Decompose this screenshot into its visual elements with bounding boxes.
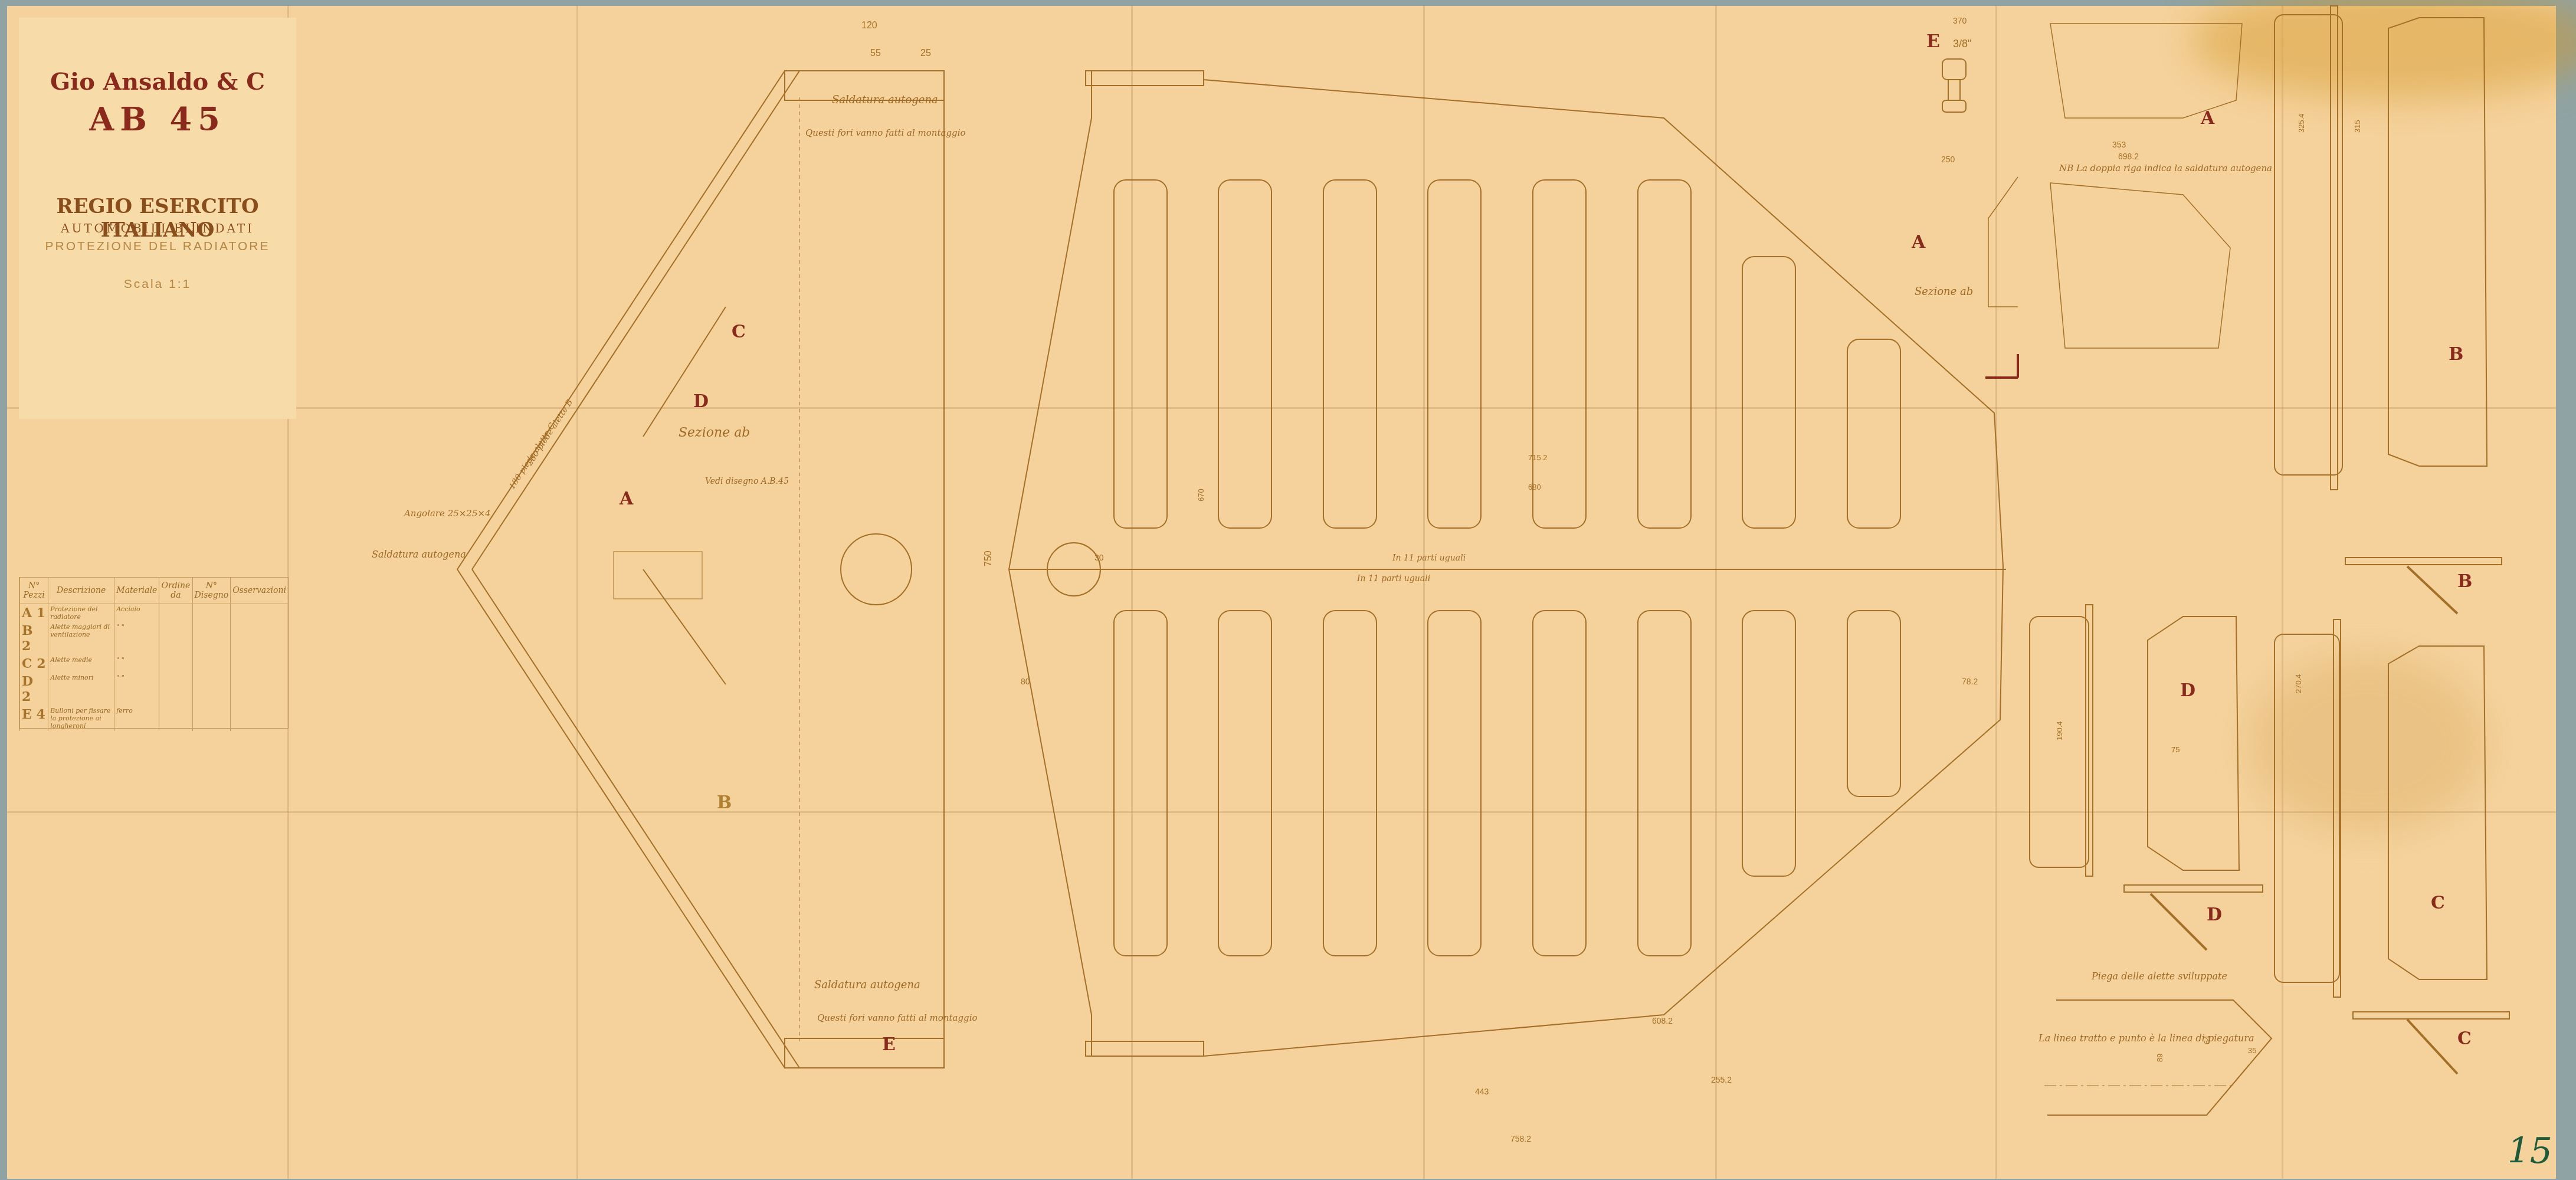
dim-270-4: 270.4 <box>2294 674 2303 693</box>
label-fin-d-section: D <box>2207 904 2222 925</box>
bolt-e-detail <box>1942 59 1966 112</box>
dim-680: 680 <box>1528 483 1541 491</box>
fin-c-length-note: 180 piede alette C <box>507 421 558 491</box>
dim-353: 353 <box>2112 140 2126 149</box>
detail-plan-top <box>1985 24 2242 378</box>
parts-equal-note-2: In 11 parti uguali <box>1356 574 1430 584</box>
weld-note-bottom: Saldatura autogena <box>814 979 920 991</box>
label-fin-b: B <box>2449 344 2463 365</box>
label-part-d: D <box>693 391 709 412</box>
page-number: 15 <box>2508 1130 2552 1172</box>
dim-370: 370 <box>1953 16 1967 25</box>
dim-715-2: 715.2 <box>1528 453 1548 462</box>
bolt-size: 3/8" <box>1953 38 1971 50</box>
dim-443: 443 <box>1475 1087 1489 1096</box>
dim-80: 80 <box>1021 677 1030 686</box>
dim-750: 750 <box>984 550 994 566</box>
fold-line-note: La linea tratto e punto è la linea di pi… <box>2038 1032 2254 1044</box>
weld-note-top: Saldatura autogena <box>832 94 938 106</box>
weld-note-left: Saldatura autogena <box>372 549 466 560</box>
label-fin-b-section: B <box>2457 571 2472 592</box>
label-fin-c: C <box>2431 893 2445 913</box>
dim-670: 670 <box>1197 489 1205 501</box>
label-part-a-detail-2: A <box>1911 232 1926 253</box>
holes-note-bottom: Questi fori vanno fatti al montaggio <box>817 1012 978 1023</box>
label-part-a-detail: A <box>2200 108 2215 129</box>
section-label: Sezione ab <box>679 425 750 440</box>
label-part-c: C <box>732 322 746 342</box>
dim-35: 35 <box>2248 1046 2256 1055</box>
label-part-a: A <box>619 489 634 509</box>
dim-325-4: 325.4 <box>2297 113 2306 133</box>
radiator-guard-plan <box>1009 71 2006 1056</box>
dim-608-2: 608.2 <box>1652 1016 1673 1025</box>
dim-698-2: 698.2 <box>2118 152 2139 161</box>
dim-25: 25 <box>920 48 931 58</box>
dim-758-2: 758.2 <box>1510 1134 1531 1143</box>
dim-30: 30 <box>1094 553 1104 562</box>
label-part-b: B <box>717 792 732 813</box>
dim-89: 89 <box>2155 1054 2164 1062</box>
dim-120: 120 <box>861 21 877 31</box>
double-line-note: NB La doppia riga indica la saldatura au… <box>2059 163 2272 173</box>
dim-315: 315 <box>2353 120 2362 133</box>
section-label-detail: Sezione ab <box>1915 286 1973 298</box>
dim-75: 75 <box>2171 745 2180 754</box>
dim-78-2: 78.2 <box>1962 677 1978 686</box>
label-fin-c-section: C <box>2457 1028 2472 1049</box>
fins-developed-note: Piega delle alette sviluppate <box>2091 971 2227 982</box>
dim-64: 64 <box>2203 1036 2211 1044</box>
vent-slots-lower <box>1114 611 1900 956</box>
dim-55: 55 <box>870 48 881 58</box>
side-view-profile <box>457 71 944 1068</box>
label-fin-d: D <box>2180 680 2195 701</box>
dim-255-2: 255.2 <box>1711 1075 1732 1084</box>
label-bolt-e: E <box>1926 31 1940 52</box>
angle-note: Angolare 25×25×4 <box>403 508 491 519</box>
technical-drawing: A B C D E E 3/8" A A B B D D C C Sezione… <box>0 0 2576 1180</box>
fin-b-views <box>2275 6 2502 614</box>
vent-slots-upper <box>1114 180 1900 528</box>
dim-250: 250 <box>1941 155 1955 164</box>
see-drawing-note: Vedi disegno A.B.45 <box>705 477 789 486</box>
dim-190-4: 190.4 <box>2055 721 2064 740</box>
label-part-e: E <box>882 1034 896 1055</box>
fin-c-views <box>2275 619 2509 1074</box>
fin-d-views <box>2030 605 2263 950</box>
holes-note-top: Questi fori vanno fatti al montaggio <box>805 127 966 138</box>
parts-equal-note: In 11 parti uguali <box>1392 553 1466 563</box>
